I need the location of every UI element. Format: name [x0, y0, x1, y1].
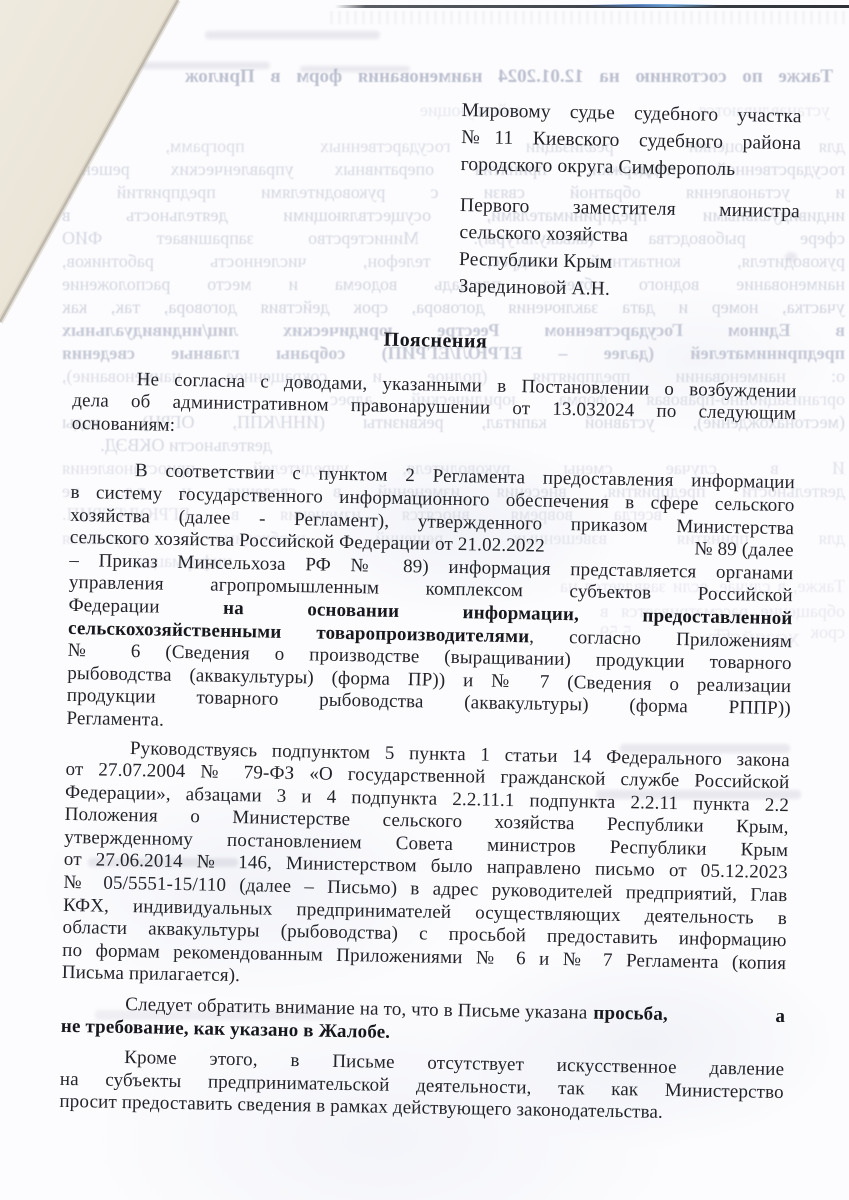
text-segment: №11 Киевского судебного района	[461, 127, 801, 154]
paragraph: Не согласна с доводами, указанными в Пос…	[72, 368, 797, 449]
page-corner-fold	[0, 0, 200, 340]
addressee-block: Мировому судье судебного участка№11 Киев…	[458, 97, 802, 306]
addressee-sender: Первого заместителя министрасельского хо…	[458, 192, 800, 306]
addressee-line: Зарединовой А.Н.	[458, 273, 798, 306]
scanner-edge-blue-tint	[588, 4, 718, 7]
text-segment: Письма прилагается).	[62, 962, 241, 986]
scanned-page: Также по состоянию на 12.01.2024 наимено…	[0, 0, 849, 1200]
text-segment: городского округа Симферополь	[461, 154, 736, 180]
text-segment: а	[775, 1006, 785, 1029]
text-segment: сельского хозяйства	[459, 222, 628, 246]
text-segment: Регламента.	[66, 708, 164, 731]
paragraph: Следует обратить внимание на то, что в П…	[61, 993, 786, 1051]
text-segment: , согласно Приложениям	[529, 626, 792, 652]
text-segment: № 89 (далее	[694, 539, 794, 563]
paragraph: Кроме этого, в Письме отсутствует искусс…	[59, 1046, 784, 1127]
text-segment: просьба,	[593, 1003, 668, 1027]
text-segment: основаниям:	[72, 413, 176, 436]
gap-spacer	[545, 552, 695, 555]
body-paragraphs: Не согласна с доводами, указанными в Пос…	[59, 368, 797, 1128]
text-segment: Республики Крым	[459, 249, 613, 273]
addressee-court: Мировому судье судебного участка№11 Киев…	[460, 97, 801, 184]
gap-spacer	[668, 1020, 776, 1022]
scanner-noise-band	[330, 11, 847, 24]
paragraph: Руководствуясь подпунктом 5 пункта 1 ста…	[62, 736, 790, 998]
bleed-line: Также по состоянию на 12.01.2024 наимено…	[185, 66, 833, 87]
text-segment: Федерации	[68, 595, 223, 619]
paragraph: В соответствии с пунктом 2 Регламента пр…	[66, 459, 795, 743]
text-segment: Мировому судье судебного участка	[461, 100, 801, 127]
text-segment: Зарединовой А.Н.	[458, 276, 610, 300]
text-segment: Первого заместителя министра	[460, 195, 800, 222]
